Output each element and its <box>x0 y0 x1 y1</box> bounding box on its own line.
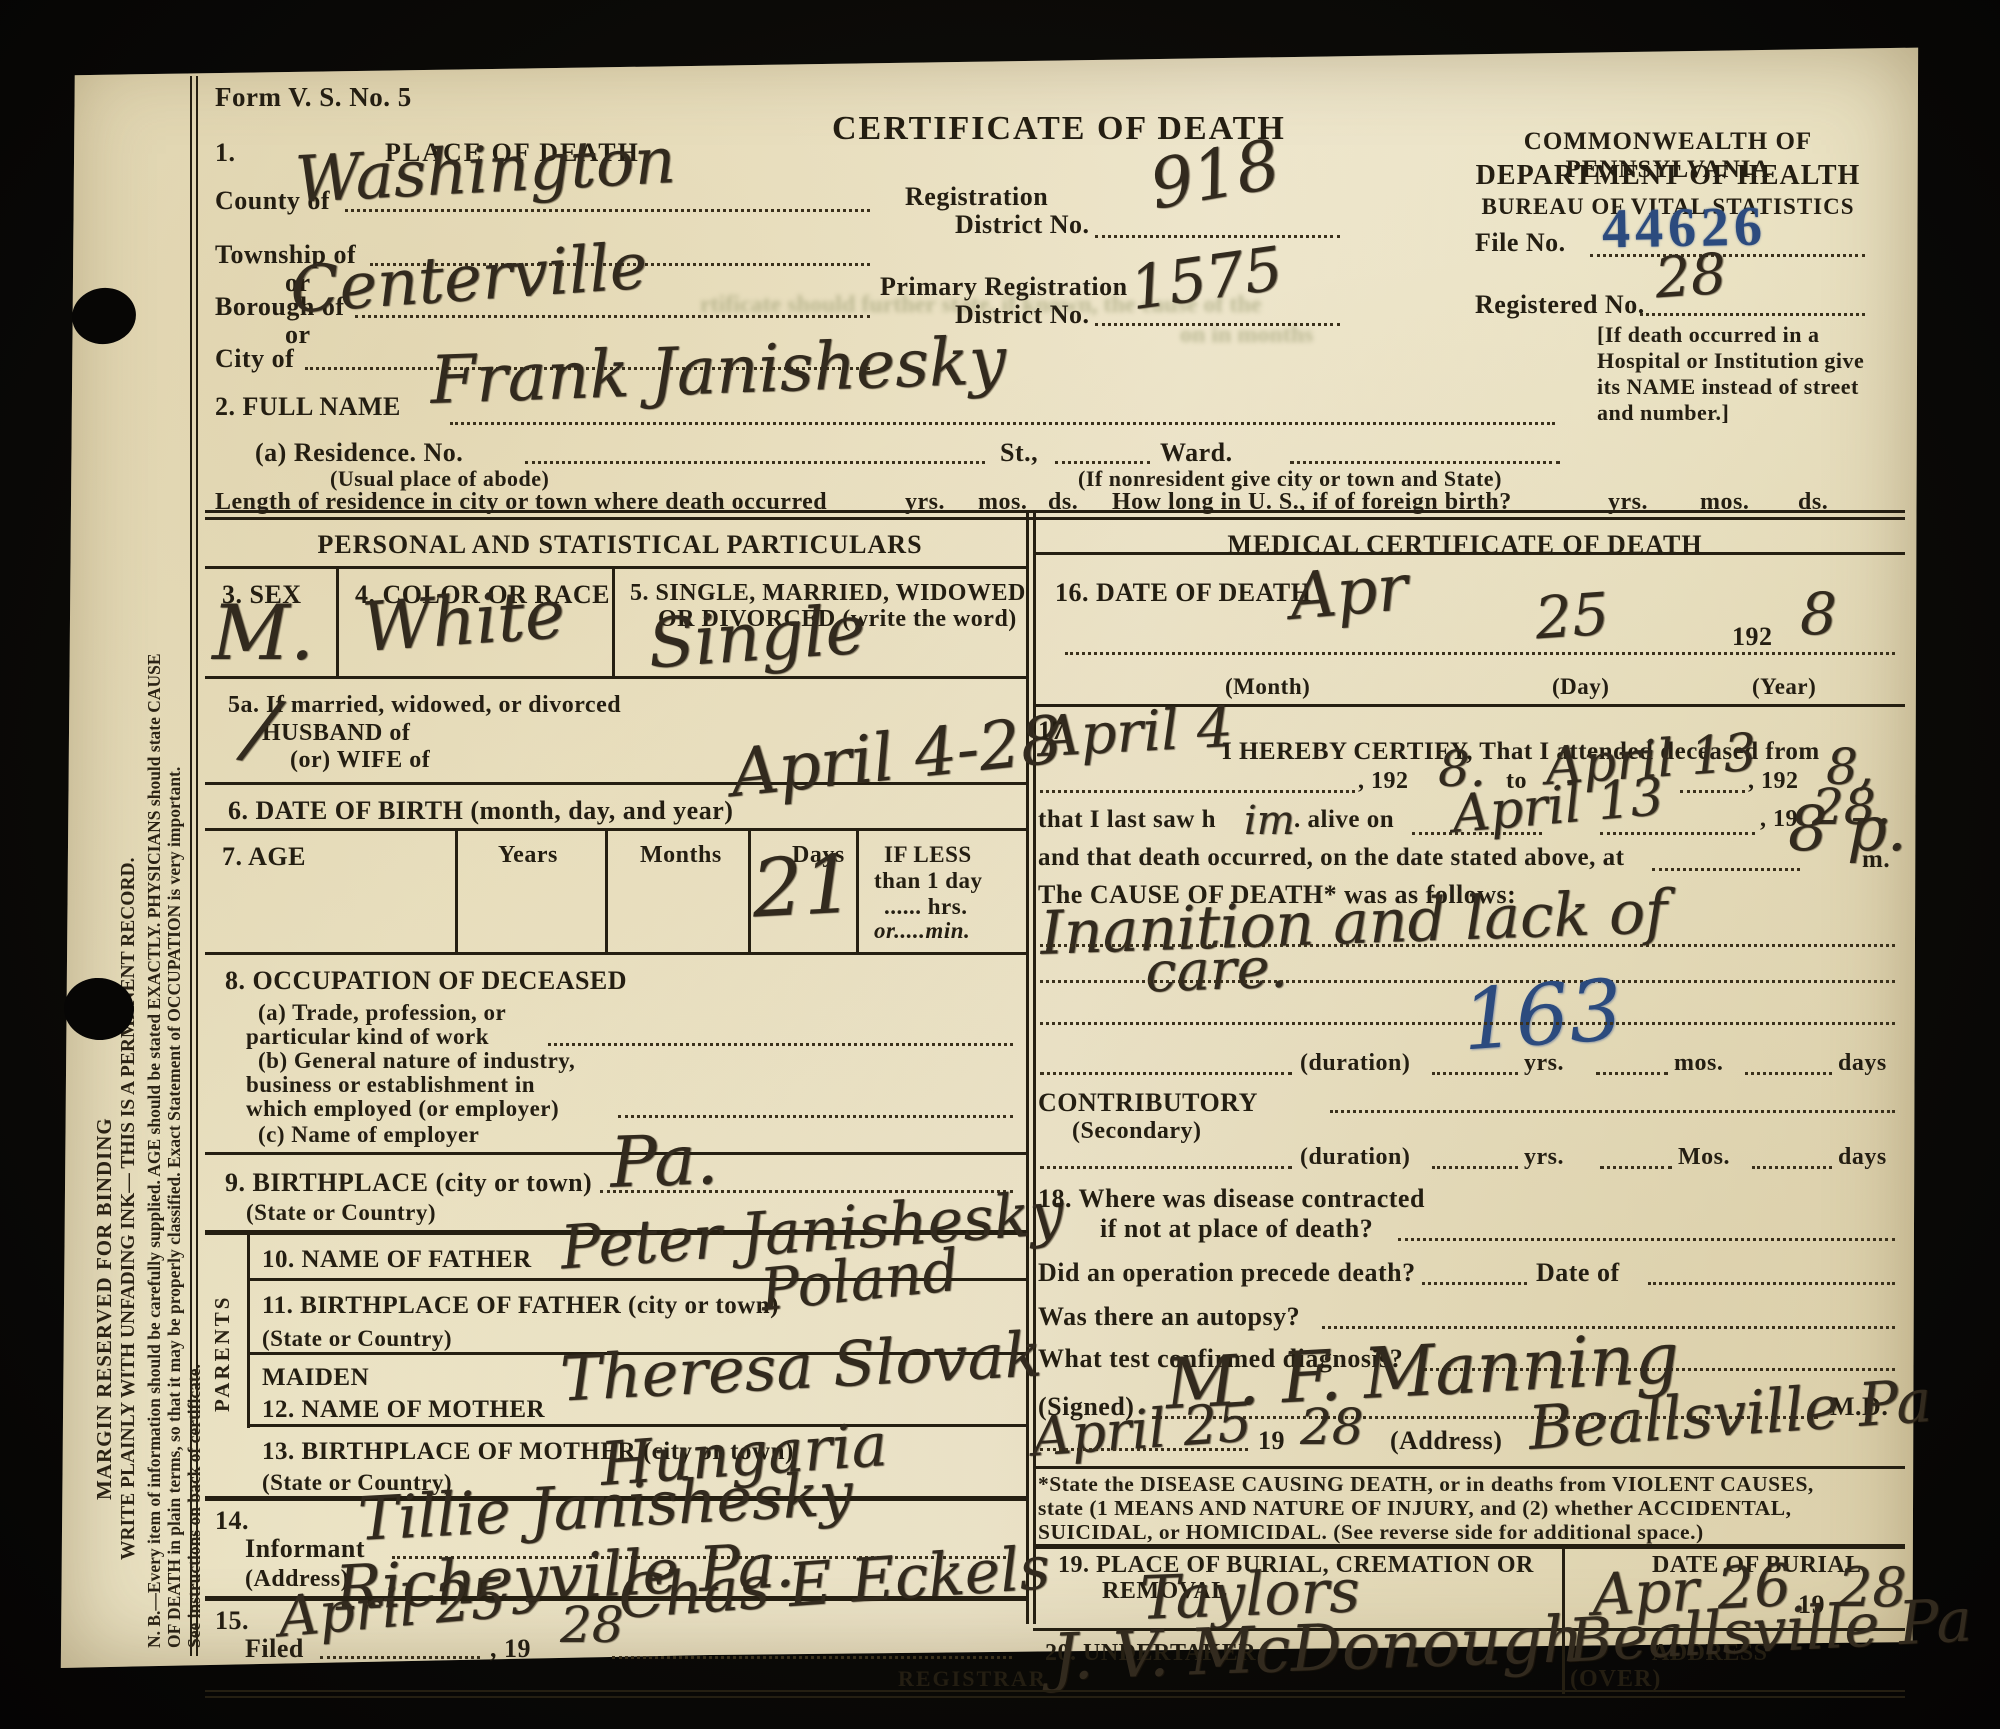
mother-label: 12. NAME OF MOTHER <box>262 1396 545 1424</box>
sex-race-divider <box>336 566 339 676</box>
cause-line-2-handwriting: care. <box>1144 936 1289 1006</box>
father-label: 10. NAME OF FATHER <box>262 1246 532 1274</box>
date-of-death-label: 16. DATE OF DEATH <box>1055 578 1311 608</box>
last-saw-text-1: that I last saw h <box>1038 806 1216 834</box>
duration1-yrs: yrs. <box>1524 1050 1564 1077</box>
parents-divider <box>247 1230 250 1428</box>
age-days-handwriting: 21 <box>750 837 857 935</box>
rule-under-age <box>205 952 1026 955</box>
full-name-label: 2. FULL NAME <box>215 392 401 422</box>
duration1-dotted-2 <box>1596 1072 1668 1075</box>
occupation-b-dotted <box>618 1115 1013 1118</box>
duration2-dotted-2 <box>1600 1166 1672 1169</box>
duration1-dotted-0 <box>1040 1072 1292 1075</box>
occupation-label: 8. OCCUPATION OF DECEASED <box>225 966 627 996</box>
signature-year-handwriting: 28 <box>1300 1398 1364 1456</box>
registration-dotted-line <box>1095 235 1340 238</box>
primary-registration-label-1: Primary Registration <box>880 272 1128 302</box>
attended-to-dotted <box>1680 790 1745 793</box>
if-less-label-4: or.....min. <box>874 918 970 944</box>
city-label: City of <box>215 344 294 374</box>
filed-19-printed: , 19 <box>490 1634 531 1664</box>
husband-wife-label-1: 5a. If married, widowed, or divorced <box>228 692 621 719</box>
last-saw-text-2: . alive on <box>1294 806 1394 834</box>
death-year-handwriting: 8 <box>1800 580 1837 648</box>
contributory-label: CONTRIBUTORY <box>1038 1088 1258 1118</box>
primary-registration-dotted-line <box>1095 323 1340 326</box>
registration-label-2: District No. <box>955 210 1090 240</box>
occupation-b2: business or establishment in <box>246 1072 535 1098</box>
months-column-label: Months <box>640 842 722 869</box>
occupation-a1: (a) Trade, profession, or <box>258 1000 506 1026</box>
duration2-yrs: yrs. <box>1524 1144 1564 1171</box>
thick-rule-above-burial <box>1033 1544 1905 1549</box>
section-1-number: 1. <box>215 138 236 168</box>
duration2-dotted-1 <box>1432 1166 1518 1169</box>
signature-date-dotted <box>1040 1448 1248 1451</box>
full-name-dotted-line <box>450 422 1555 425</box>
st-label: St., <box>1000 438 1038 468</box>
section-14-number: 14. <box>215 1506 249 1536</box>
duration2-days: days <box>1838 1144 1887 1171</box>
dob-label: 6. DATE OF BIRTH (month, day, and year) <box>228 796 733 826</box>
attended-from-date-handwriting: April 4 <box>1038 695 1233 770</box>
left-header-rule <box>205 566 1026 569</box>
birthplace-sub: (State or Country) <box>246 1200 436 1226</box>
margin-note-nb-1: N. B.—Every item of information should b… <box>144 653 165 1648</box>
if-less-label-3: ...... hrs. <box>884 894 967 920</box>
age-label: 7. AGE <box>222 842 306 872</box>
occupation-c: (c) Name of employer <box>258 1122 479 1148</box>
birthplace-label: 9. BIRTHPLACE (city or town) <box>225 1168 592 1198</box>
hospital-note: [If death occurred in a Hospital or Inst… <box>1597 322 1889 426</box>
registered-no-handwriting: 28 <box>1653 242 1729 312</box>
footnote-line-2: state (1 MEANS AND NATURE OF INJURY, and… <box>1038 1496 1792 1521</box>
death-time-m-printed: m. <box>1862 846 1890 874</box>
from-19-printed: , 192 <box>1358 768 1409 795</box>
age-divider-1 <box>455 828 458 952</box>
section-18-line-1: 18. Where was disease contracted <box>1038 1184 1425 1214</box>
filed-dotted-1 <box>320 1656 480 1659</box>
occupation-a-dotted <box>548 1043 1013 1046</box>
occupation-a2: particular kind of work <box>246 1024 489 1050</box>
autopsy-question: Was there an autopsy? <box>1038 1302 1300 1332</box>
operation-dotted-2 <box>1648 1282 1895 1285</box>
filed-year-handwriting: 28 <box>560 1596 624 1654</box>
sex-value-handwriting: M. <box>212 588 314 677</box>
maiden-label: MAIDEN <box>262 1364 369 1392</box>
ward-label: Ward. <box>1160 438 1233 468</box>
duration2-label: (duration) <box>1300 1144 1410 1171</box>
file-no-label: File No. <box>1475 228 1566 258</box>
filed-dotted-2 <box>612 1656 1012 1659</box>
section-double-rule-top <box>205 510 1905 513</box>
husband-wife-label-3: (or) WIFE of <box>290 747 430 774</box>
last-saw-dotted-2 <box>1600 832 1755 835</box>
date-of-label: Date of <box>1536 1258 1620 1288</box>
column-divider-left <box>1026 510 1029 1624</box>
age-divider-4 <box>856 828 859 952</box>
form-number: Form V. S. No. 5 <box>215 82 412 113</box>
cause-dotted-3 <box>1040 1022 1895 1025</box>
rule-under-dob <box>205 828 1026 831</box>
signature-19-printed: 19 <box>1258 1426 1285 1456</box>
footnote-line-1: *State the DISEASE CAUSING DEATH, or in … <box>1038 1472 1814 1497</box>
parents-vertical-label: PARENTS <box>210 1295 235 1412</box>
father-birthplace-sub: (State or Country) <box>262 1326 452 1352</box>
years-column-label: Years <box>498 842 558 869</box>
attended-from-dotted <box>1040 790 1355 793</box>
birthplace-value-handwriting: Pa. <box>609 1118 720 1204</box>
signature-address-label: (Address) <box>1390 1426 1502 1456</box>
duration2-dotted-3 <box>1752 1166 1832 1169</box>
over-label: (OVER) <box>1570 1666 1661 1693</box>
to-19-printed: , 192 <box>1748 768 1799 795</box>
registered-no-label: Registered No. <box>1475 290 1645 320</box>
ward-dotted-line-2 <box>1290 461 1560 464</box>
death-year-printed: 192 <box>1732 622 1773 652</box>
death-occurred-dotted <box>1652 868 1800 871</box>
ward-dotted-line-1 <box>1055 461 1150 464</box>
bleed-through-artifact: on in months <box>1180 322 1313 349</box>
duration2-dotted-0 <box>1040 1166 1292 1169</box>
date-of-death-dotted <box>1065 652 1895 655</box>
day-sublabel: (Day) <box>1552 674 1609 700</box>
residence-label: (a) Residence. No. <box>255 438 463 468</box>
margin-note-ink: WRITE PLAINLY WITH UNFADING INK— THIS IS… <box>118 858 140 1561</box>
duration1-dotted-1 <box>1432 1072 1518 1075</box>
occupation-b1: (b) General nature of industry, <box>258 1048 575 1074</box>
husband-wife-label-2: HUSBAND of <box>262 720 410 747</box>
section-double-rule-bottom <box>205 517 1905 520</box>
margin-note-instructions: See instructions on back of certificate. <box>184 1364 205 1648</box>
left-column-header: PERSONAL AND STATISTICAL PARTICULARS <box>230 530 1010 560</box>
registration-label-1: Registration <box>905 182 1048 212</box>
section-18-line-2: if not at place of death? <box>1100 1214 1373 1244</box>
race-value-handwriting: White <box>359 575 567 668</box>
father-birthplace-label: 11. BIRTHPLACE OF FATHER (city or town) <box>262 1292 779 1320</box>
registered-no-dotted-line <box>1640 313 1865 316</box>
marital-value-handwriting: Single <box>646 591 869 685</box>
rule-above-footnote <box>1033 1466 1905 1469</box>
if-less-label-2: than 1 day <box>874 868 983 894</box>
operation-question: Did an operation precede death? <box>1038 1258 1416 1288</box>
secondary-label: (Secondary) <box>1072 1118 1201 1145</box>
death-occurred-text: and that death occurred, on the date sta… <box>1038 844 1624 872</box>
occupation-b3: which employed (or employer) <box>246 1096 559 1122</box>
right-header-rule <box>1033 552 1905 555</box>
month-sublabel: (Month) <box>1225 674 1310 700</box>
if-less-label-1: IF LESS <box>884 842 972 868</box>
race-marital-divider <box>612 566 615 676</box>
rule-under-sex-row <box>205 676 1026 679</box>
registrar-label: REGISTRAR <box>898 1666 1047 1692</box>
duration1-mos: mos. <box>1674 1050 1723 1077</box>
right-column-header: MEDICAL CERTIFICATE OF DEATH <box>1060 530 1870 560</box>
last-saw-im-handwriting: im <box>1244 798 1295 844</box>
duration1-days: days <box>1838 1050 1887 1077</box>
scanned-death-certificate: MARGIN RESERVED FOR BINDING WRITE PLAINL… <box>0 0 2000 1729</box>
year-sublabel: (Year) <box>1752 674 1816 700</box>
death-month-handwriting: Apr <box>1287 551 1411 635</box>
section-15-number: 15. <box>215 1606 249 1636</box>
operation-dotted-1 <box>1422 1282 1527 1285</box>
agency-line-2: DEPARTMENT OF HEALTH <box>1438 160 1898 192</box>
age-divider-2 <box>605 828 608 952</box>
section-18-dotted <box>1398 1238 1895 1241</box>
margin-note-binding: MARGIN RESERVED FOR BINDING <box>92 1117 117 1500</box>
bottom-double-rule-bottom <box>205 1696 1905 1698</box>
margin-note-nb-2: OF DEATH in plain terms, so that it may … <box>164 767 185 1648</box>
duration1-dotted-3 <box>1745 1072 1832 1075</box>
footnote-line-3: SUICIDAL, or HOMICIDAL. (See reverse sid… <box>1038 1520 1704 1545</box>
contributory-dotted <box>1330 1110 1895 1113</box>
duration1-label: (duration) <box>1300 1050 1410 1077</box>
residence-dotted-line <box>525 461 985 464</box>
death-day-handwriting: 25 <box>1533 580 1611 653</box>
duration2-mos: Mos. <box>1678 1144 1730 1171</box>
